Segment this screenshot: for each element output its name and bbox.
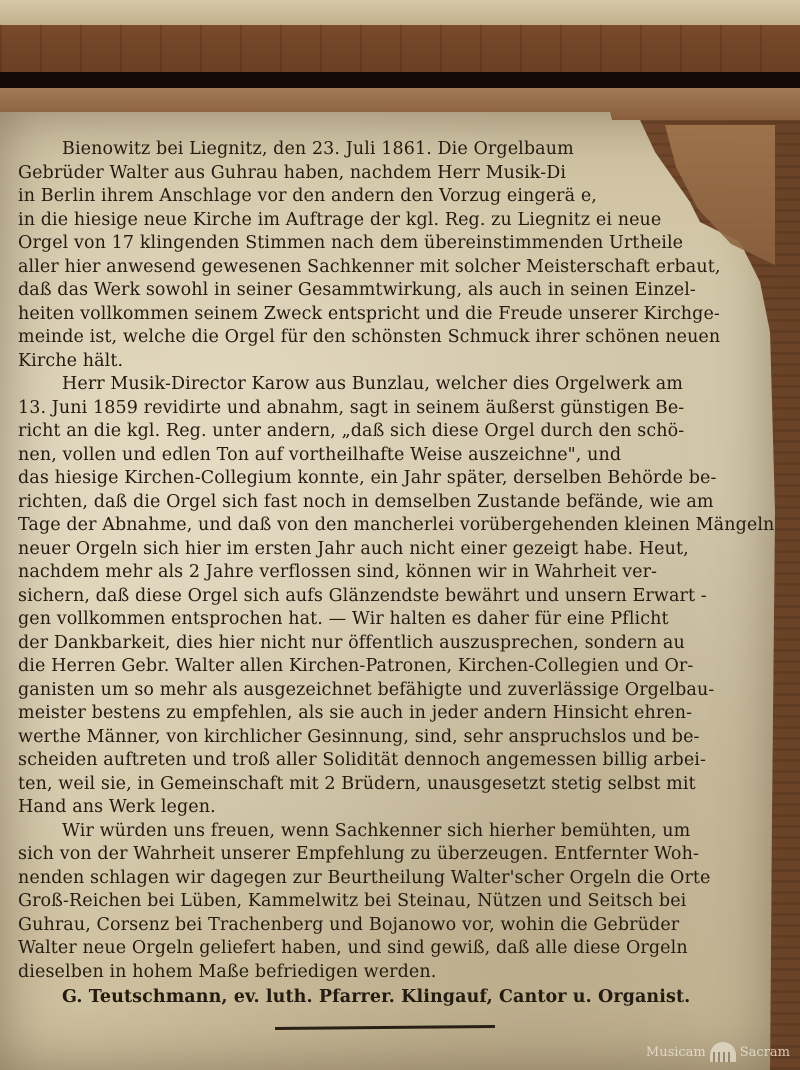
article-line: richt an die kgl. Reg. unter andern, „da… (18, 420, 768, 444)
watermark-left: Musicam (646, 1045, 706, 1060)
top-wood-board (0, 25, 800, 73)
article-line: heiten vollkommen seinem Zweck entsprich… (18, 303, 768, 327)
watermark: Musicam Sacram (646, 1042, 790, 1062)
article-line: in Berlin ihrem Anschlage vor den andern… (18, 185, 768, 209)
signature-line: G. Teutschmann, ev. luth. Pfarrer. Kling… (18, 986, 768, 1010)
article-line: aller hier anwesend gewesenen Sachkenner… (18, 256, 768, 280)
article-line: werthe Männer, von kirchlicher Gesinnung… (18, 726, 768, 750)
article-line: Guhrau, Corsenz bei Trachenberg und Boja… (18, 914, 768, 938)
article-line: sich von der Wahrheit unserer Empfehlung… (18, 843, 768, 867)
article-line: gen vollkommen entsprochen hat. — Wir ha… (18, 608, 768, 632)
article-line: nenden schlagen wir dagegen zur Beurthei… (18, 867, 768, 891)
article-line: Herr Musik-Director Karow aus Bunzlau, w… (18, 373, 768, 397)
article-line: ganisten um so mehr als ausgezeichnet be… (18, 679, 768, 703)
article-line: meister bestens zu empfehlen, als sie au… (18, 702, 768, 726)
article-line: Walter neue Orgeln geliefert haben, und … (18, 937, 768, 961)
article-line: sichern, daß diese Orgel sich aufs Glänz… (18, 585, 768, 609)
article-line: richten, daß die Orgel sich fast noch in… (18, 491, 768, 515)
article-line: daß das Werk sowohl in seiner Gesammtwir… (18, 279, 768, 303)
frame-shadow-gap (0, 72, 800, 88)
article-line: Gebrüder Walter aus Guhrau haben, nachde… (18, 162, 768, 186)
article-line: neuer Orgeln sich hier im ersten Jahr au… (18, 538, 768, 562)
article-line: Kirche hält. (18, 350, 768, 374)
article-line: Groß-Reichen bei Lüben, Kammelwitz bei S… (18, 890, 768, 914)
article-line: Orgel von 17 klingenden Stimmen nach dem… (18, 232, 768, 256)
article-line: das hiesige Kirchen-Collegium konnte, ei… (18, 467, 768, 491)
article-line: ten, weil sie, in Gemeinschaft mit 2 Brü… (18, 773, 768, 797)
article-line: scheiden auftreten und troß aller Solidi… (18, 749, 768, 773)
organ-pipes-icon (710, 1042, 736, 1062)
article-line: nachdem mehr als 2 Jahre verflossen sind… (18, 561, 768, 585)
watermark-right: Sacram (740, 1045, 790, 1060)
article-line: der Dankbarkeit, dies hier nicht nur öff… (18, 632, 768, 656)
article-line: in die hiesige neue Kirche im Auftrage d… (18, 209, 768, 233)
article-line: Bienowitz bei Liegnitz, den 23. Juli 186… (18, 138, 768, 162)
article-line: nen, vollen und edlen Ton auf vortheilha… (18, 444, 768, 468)
article-line: Hand ans Werk legen. (18, 796, 768, 820)
top-paper-strip (0, 0, 800, 25)
article-line: Wir würden uns freuen, wenn Sachkenner s… (18, 820, 768, 844)
article-line: meinde ist, welche die Orgel für den sch… (18, 326, 768, 350)
article-line: die Herren Gebr. Walter allen Kirchen-Pa… (18, 655, 768, 679)
article-body: Bienowitz bei Liegnitz, den 23. Juli 186… (18, 138, 768, 1010)
article-line: dieselben in hohem Maße befriedigen werd… (18, 961, 768, 985)
article-line: Tage der Abnahme, und daß von den manche… (18, 514, 768, 538)
article-line: 13. Juni 1859 revidirte und abnahm, sagt… (18, 397, 768, 421)
